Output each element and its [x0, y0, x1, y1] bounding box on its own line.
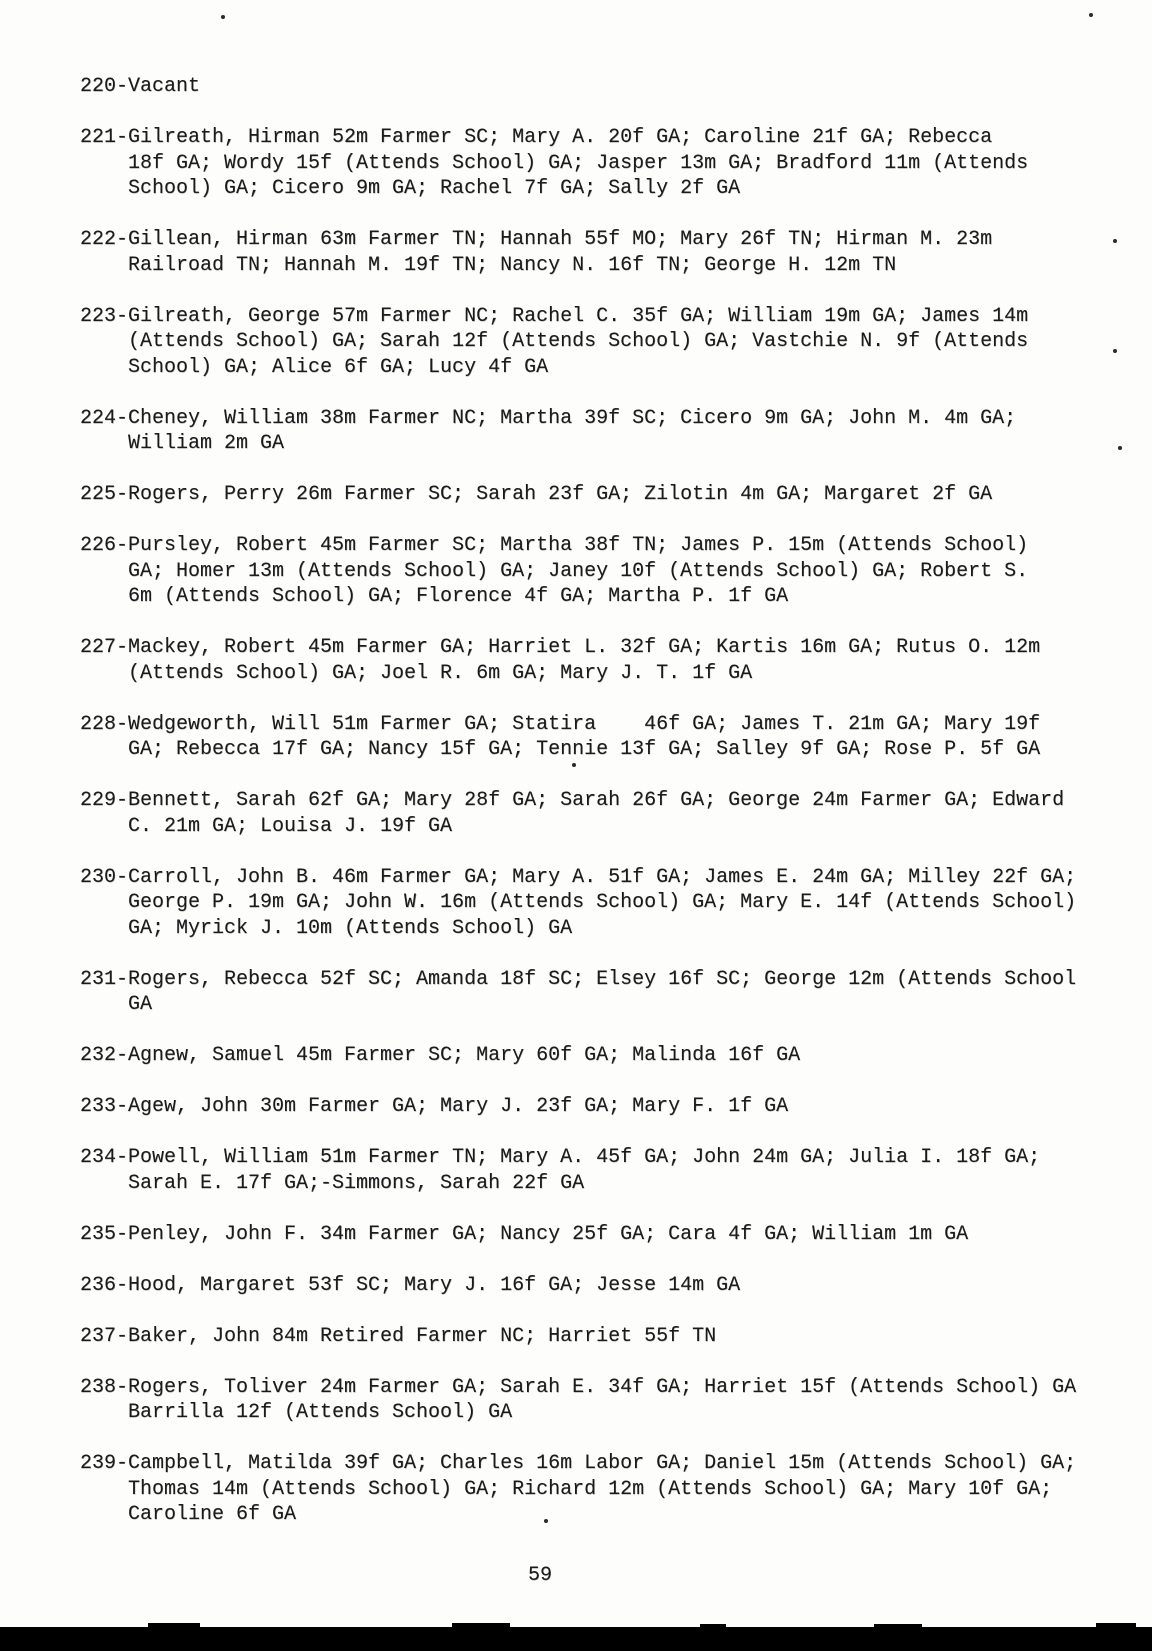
scan-speck [1118, 446, 1122, 450]
census-entries: 220-Vacant221-Gilreath, Hirman 52m Farme… [80, 74, 1076, 1553]
census-entry-230: 230-Carroll, John B. 46m Farmer GA; Mary… [80, 865, 1076, 942]
page-number: 59 [528, 1563, 552, 1588]
scan-speck [1113, 239, 1117, 243]
census-entry-231: 231-Rogers, Rebecca 52f SC; Amanda 18f S… [80, 967, 1076, 1018]
scan-speck [221, 15, 225, 19]
census-entry-226: 226-Pursley, Robert 45m Farmer SC; Marth… [80, 533, 1076, 610]
census-entry-236: 236-Hood, Margaret 53f SC; Mary J. 16f G… [80, 1273, 1076, 1299]
census-entry-229: 229-Bennett, Sarah 62f GA; Mary 28f GA; … [80, 788, 1076, 839]
census-entry-234: 234-Powell, William 51m Farmer TN; Mary … [80, 1145, 1076, 1196]
census-entry-239: 239-Campbell, Matilda 39f GA; Charles 16… [80, 1451, 1076, 1528]
census-entry-228: 228-Wedgeworth, Will 51m Farmer GA; Stat… [80, 712, 1076, 763]
census-entry-222: 222-Gillean, Hirman 63m Farmer TN; Hanna… [80, 227, 1076, 278]
census-entry-221: 221-Gilreath, Hirman 52m Farmer SC; Mary… [80, 125, 1076, 202]
scan-speck [572, 763, 576, 767]
census-entry-227: 227-Mackey, Robert 45m Farmer GA; Harrie… [80, 635, 1076, 686]
census-entry-224: 224-Cheney, William 38m Farmer NC; Marth… [80, 406, 1076, 457]
scan-speck [1089, 13, 1093, 17]
census-entry-238: 238-Rogers, Toliver 24m Farmer GA; Sarah… [80, 1375, 1076, 1426]
census-entry-225: 225-Rogers, Perry 26m Farmer SC; Sarah 2… [80, 482, 1076, 508]
scan-speck [1113, 349, 1117, 353]
census-entry-237: 237-Baker, John 84m Retired Farmer NC; H… [80, 1324, 1076, 1350]
census-entry-220: 220-Vacant [80, 74, 1076, 100]
census-entry-232: 232-Agnew, Samuel 45m Farmer SC; Mary 60… [80, 1043, 1076, 1069]
census-page: 220-Vacant221-Gilreath, Hirman 52m Farme… [0, 0, 1152, 1651]
scan-band-bottom [0, 1627, 1152, 1651]
census-entry-223: 223-Gilreath, George 57m Farmer NC; Rach… [80, 304, 1076, 381]
scan-speck [544, 1519, 548, 1523]
census-entry-235: 235-Penley, John F. 34m Farmer GA; Nancy… [80, 1222, 1076, 1248]
census-entry-233: 233-Agew, John 30m Farmer GA; Mary J. 23… [80, 1094, 1076, 1120]
